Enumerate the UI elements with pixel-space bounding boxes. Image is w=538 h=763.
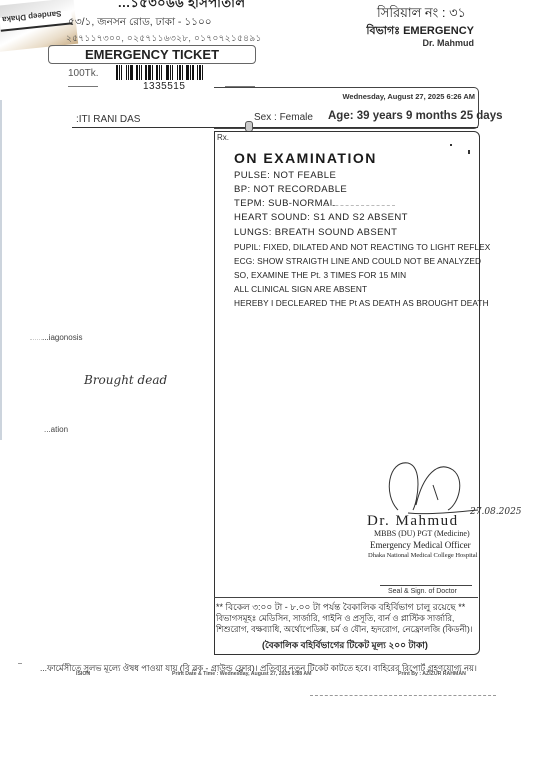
finding-line: BP: NOT RECORDABLE [234,184,347,195]
divider [68,86,98,87]
diagnosis-label: ...iagonosis [42,333,82,342]
signature-date: 27.08.2025 [470,507,522,517]
advice-label: ...ation [44,425,68,434]
patient-sex: Sex : Female [254,112,313,123]
assigned-doctor: Dr. Mahmud [422,38,474,48]
finding-line: HEART SOUND: S1 AND S2 ABSENT [234,212,408,223]
divider [18,663,22,664]
ticket-price-notice: (বৈকালিক বহির্বিভাগের টিকেট মূল্য ২০০ টা… [262,638,428,653]
diagnosis-handwritten: Brought dead [84,373,167,387]
hospital-name: ...১৫৩০৬৬ হাসপাতাল [118,0,246,15]
speck [468,150,470,154]
print-datetime: Print Date & Time : Wednesday, August 27… [172,671,311,677]
scan-artifact [310,695,496,696]
finding-line: SO, EXAMINE THE Pt. 3 TIMES FOR 15 MIN [234,270,406,280]
doctor-degrees: MBBS (DU) PGT (Medicine) [374,529,470,538]
ticket-price: 100Tk. [68,68,99,79]
doctor-hospital: Dhaka National Medical College Hospital [368,552,477,559]
finding-line: TEPM: SUB-NORMAL [234,198,335,209]
finding-line: PULSE: NOT FEABLE [234,170,336,181]
doctor-name: Dr. Mahmud [367,513,459,530]
finding-line: ECG: SHOW STRAIGTH LINE AND COULD NOT BE… [234,256,481,266]
finding-line: HEREBY I DECLEARED THE Pt AS DEATH AS BR… [234,298,489,308]
scan-edge [0,100,2,440]
seal-label: Seal & Sign. of Doctor [388,588,457,595]
finding-line: ALL CLINICAL SIGN ARE ABSENT [234,284,367,294]
doctor-title: Emergency Medical Officer [370,540,471,550]
barcode-icon [116,65,216,80]
divider [380,585,472,586]
exam-title: ON EXAMINATION [234,150,377,166]
patient-age: Age: 39 years 9 months 25 days [328,110,503,122]
finding-line: PUPIL: FIXED, DILATED AND NOT REACTING T… [234,242,490,252]
hospital-phones: ২৫৭১১৭৩০০, ০২৫৭১১৬৩২৮, ০১৭০৭২১৫৪৯১ [66,31,262,46]
divider [72,127,478,128]
ticket-title: EMERGENCY TICKET [48,45,256,64]
barcode-number: 1335515 [143,81,185,92]
print-by: Print By : AZIZUR RAHMAN [398,671,466,677]
divider [214,597,478,598]
speck [450,144,452,146]
visit-datetime: Wednesday, August 27, 2025 6:26 AM [342,92,475,101]
patient-name: :ITI RANI DAS [76,114,140,125]
rx-label: Rx. [217,133,229,142]
departments-notice: বিভাগসমূহঃ মেডিসিন, সার্জারি, গাইনি ও প্… [216,613,478,635]
footer-meta: ISION [76,671,90,677]
divider [325,205,395,206]
hospital-address: ৫৩/১, জনসন রোড, ঢাকা - ১১০০ [68,15,212,32]
finding-line: LUNGS: BREATH SOUND ABSENT [234,227,397,238]
prescription-box [214,131,480,655]
